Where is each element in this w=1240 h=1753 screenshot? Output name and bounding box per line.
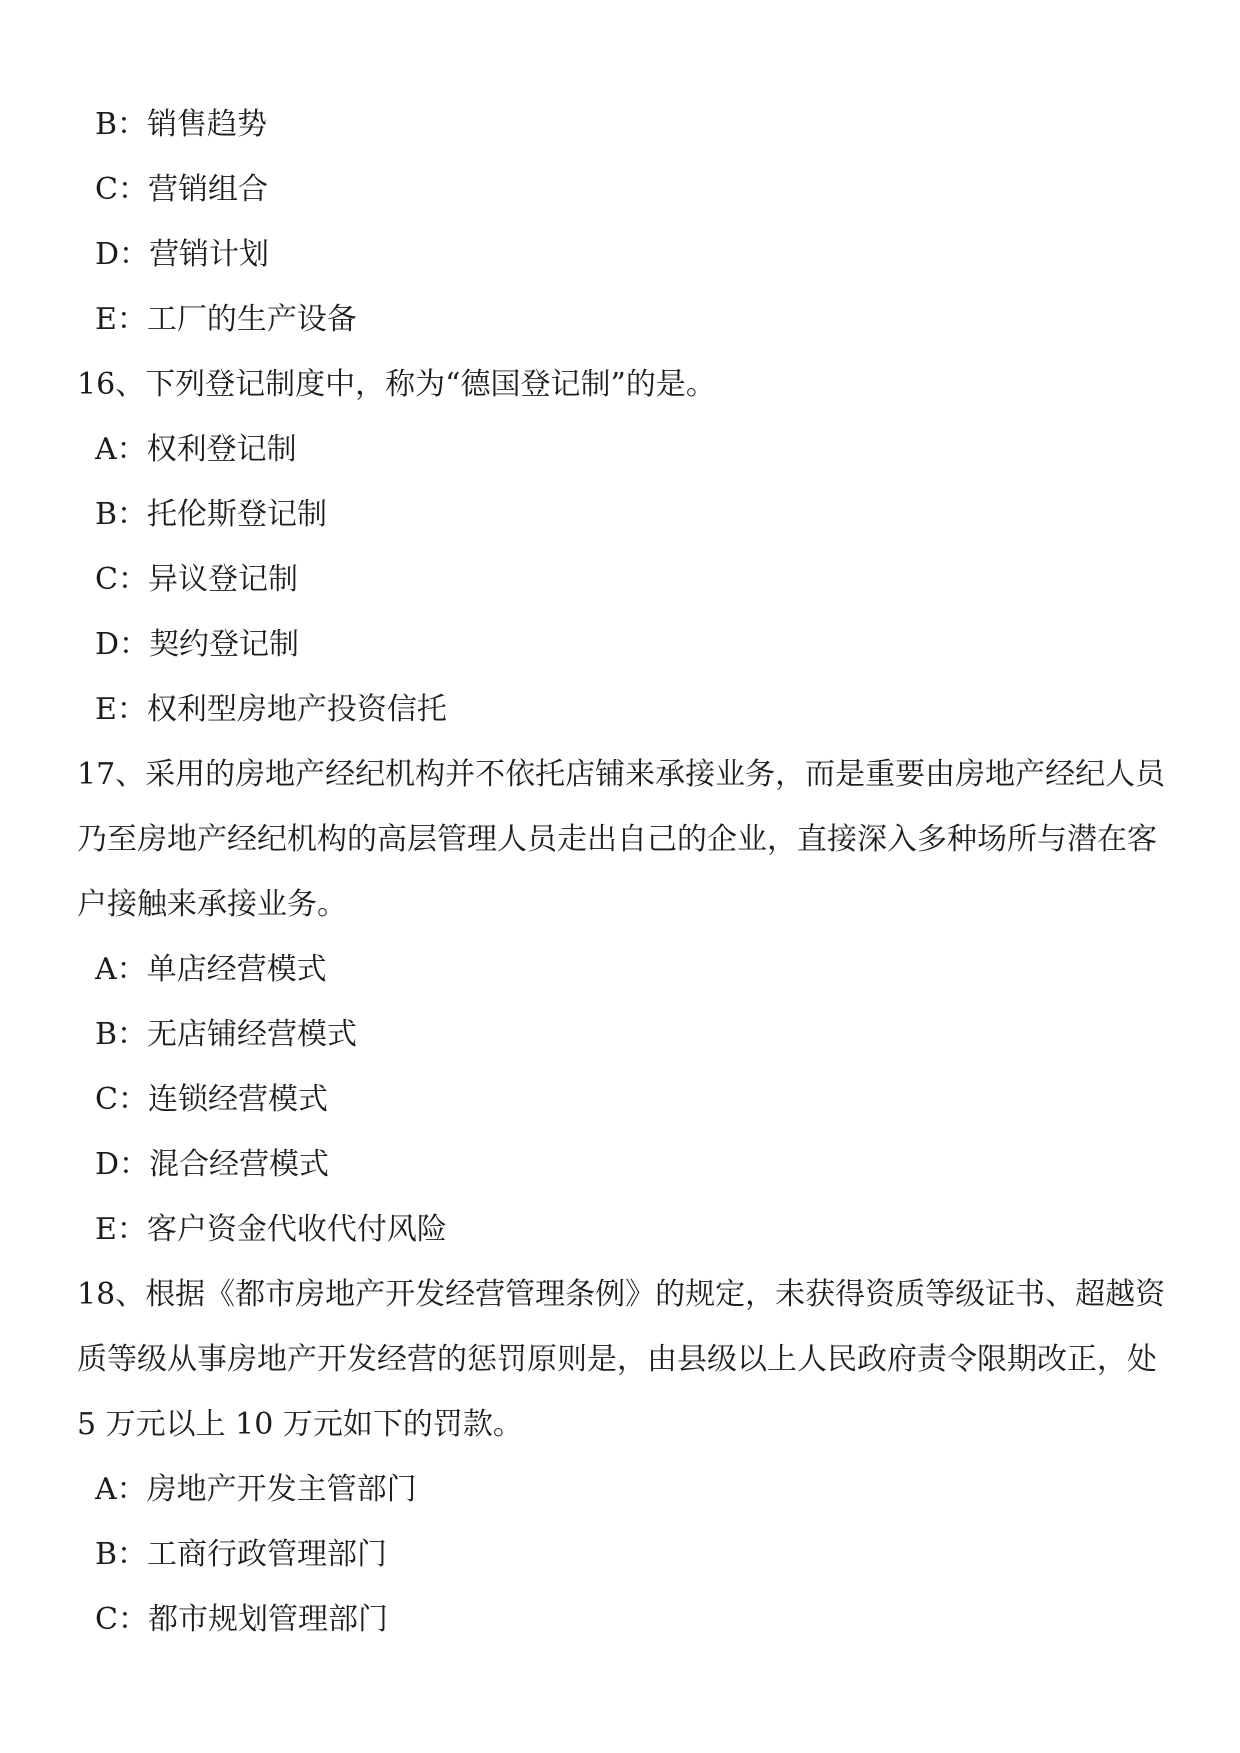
option-letter: D： [95, 627, 149, 662]
option-text: 营销计划 [149, 237, 269, 272]
option-line: B：托伦斯登记制 [77, 482, 1167, 547]
option-letter: D： [95, 1147, 149, 1182]
option-line: A：单店经营模式 [77, 937, 1167, 1002]
option-letter: C： [95, 1082, 148, 1117]
option-text: 都市规划管理部门 [148, 1602, 388, 1637]
question-stem-line: 5 万元以上 10 万元如下的罚款。 [77, 1392, 1167, 1457]
question-stem-line: 18、根据《都市房地产开发经营管理条例》的规定，未获得资质等级证书、超越资 [77, 1262, 1167, 1327]
option-letter: E： [95, 692, 147, 727]
option-line: A：权利登记制 [77, 417, 1167, 482]
option-letter: E： [95, 1212, 147, 1247]
question-text: 质等级从事房地产开发经营的惩罚原则是，由县级以上人民政府责令限期改正，处 [77, 1342, 1157, 1377]
option-text: 房地产开发主管部门 [147, 1472, 417, 1507]
option-text: 工厂的生产设备 [147, 302, 357, 337]
option-text: 混合经营模式 [149, 1147, 329, 1182]
option-line: B：无店铺经营模式 [77, 1002, 1167, 1067]
option-line: B：销售趋势 [77, 92, 1167, 157]
option-letter: C： [95, 172, 148, 207]
option-letter: E： [95, 302, 147, 337]
option-line: E：客户资金代收代付风险 [77, 1197, 1167, 1262]
option-letter: B： [95, 1017, 147, 1052]
option-line: E：权利型房地产投资信托 [77, 677, 1167, 742]
question-stem-line: 质等级从事房地产开发经营的惩罚原则是，由县级以上人民政府责令限期改正，处 [77, 1327, 1167, 1392]
question-stem-line: 户接触来承接业务。 [77, 872, 1167, 937]
question-stem-line: 乃至房地产经纪机构的高层管理人员走出自己的企业，直接深入多种场所与潜在客 [77, 807, 1167, 872]
option-text: 销售趋势 [147, 107, 267, 142]
question-text: 采用的房地产经纪机构并不依托店铺来承接业务，而是重要由房地产经纪人员 [145, 757, 1165, 792]
option-line: C：异议登记制 [77, 547, 1167, 612]
option-letter: A： [95, 432, 147, 467]
question-stem-line: 16、下列登记制度中，称为“德国登记制”的是。 [77, 352, 1167, 417]
option-letter: C： [95, 1602, 148, 1637]
option-text: 无店铺经营模式 [147, 1017, 357, 1052]
question-text: 根据《都市房地产开发经营管理条例》的规定，未获得资质等级证书、超越资 [145, 1277, 1165, 1312]
option-letter: A： [95, 1472, 147, 1507]
option-line: C：营销组合 [77, 157, 1167, 222]
question-number: 17、 [77, 757, 145, 792]
question-text: 户接触来承接业务。 [77, 887, 347, 922]
question-stem-line: 17、采用的房地产经纪机构并不依托店铺来承接业务，而是重要由房地产经纪人员 [77, 742, 1167, 807]
option-letter: B： [95, 497, 147, 532]
document-page: B：销售趋势 C：营销组合 D：营销计划 E：工厂的生产设备 16、下列登记制度… [0, 0, 1240, 1753]
question-number: 16、 [77, 367, 145, 402]
question-text: 5 万元以上 10 万元如下的罚款。 [77, 1407, 523, 1442]
option-line: A：房地产开发主管部门 [77, 1457, 1167, 1522]
option-text: 权利型房地产投资信托 [147, 692, 447, 727]
option-text: 托伦斯登记制 [147, 497, 327, 532]
option-letter: B： [95, 107, 147, 142]
option-text: 单店经营模式 [147, 952, 327, 987]
option-text: 营销组合 [148, 172, 268, 207]
option-text: 权利登记制 [147, 432, 297, 467]
option-letter: C： [95, 562, 148, 597]
option-line: B：工商行政管理部门 [77, 1522, 1167, 1587]
option-text: 异议登记制 [148, 562, 298, 597]
question-text: 下列登记制度中，称为“德国登记制”的是。 [145, 367, 716, 402]
option-line: C：连锁经营模式 [77, 1067, 1167, 1132]
option-line: C：都市规划管理部门 [77, 1587, 1167, 1652]
option-text: 工商行政管理部门 [147, 1537, 387, 1572]
option-text: 连锁经营模式 [148, 1082, 328, 1117]
option-line: D：营销计划 [77, 222, 1167, 287]
option-text: 契约登记制 [149, 627, 299, 662]
option-line: D：契约登记制 [77, 612, 1167, 677]
option-letter: D： [95, 237, 149, 272]
exam-question-list: B：销售趋势 C：营销组合 D：营销计划 E：工厂的生产设备 16、下列登记制度… [77, 92, 1167, 1652]
option-letter: A： [95, 952, 147, 987]
option-text: 客户资金代收代付风险 [147, 1212, 447, 1247]
question-text: 乃至房地产经纪机构的高层管理人员走出自己的企业，直接深入多种场所与潜在客 [77, 822, 1157, 857]
option-line: D：混合经营模式 [77, 1132, 1167, 1197]
option-line: E：工厂的生产设备 [77, 287, 1167, 352]
question-number: 18、 [77, 1277, 145, 1312]
option-letter: B： [95, 1537, 147, 1572]
